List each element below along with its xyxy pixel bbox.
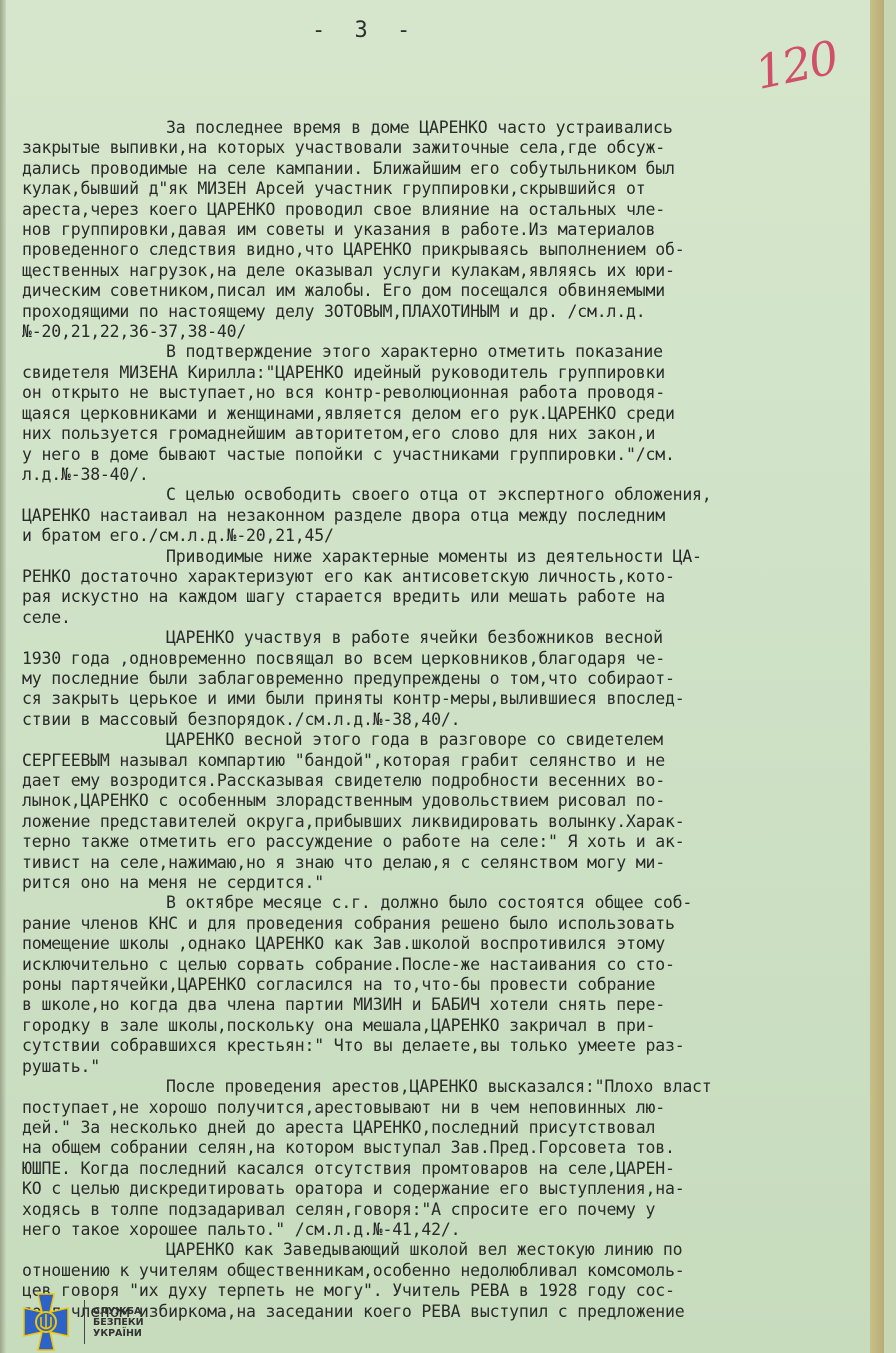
text-line: щественных нагрузок,на деле оказывал усл…	[22, 261, 848, 281]
paragraph: С целью освободить своего отца от экспер…	[22, 485, 848, 546]
text-line: ЦАРЕНКО весной этого года в разговоре со…	[22, 730, 848, 750]
paragraph: ЦАРЕНКО участвуя в работе ячейки безбожн…	[22, 628, 848, 730]
text-line: у него в доме бывают частые попойки с уч…	[22, 445, 848, 465]
page-edge-left	[0, 0, 6, 1353]
text-line: роны партячейки,ЦАРЕНКО согласился на то…	[22, 975, 848, 995]
page-edge-right	[870, 0, 884, 1353]
archive-sheet-number: 120	[750, 30, 841, 100]
text-line: лынок,ЦАРЕНКО с особенным злорадственным…	[22, 791, 848, 811]
text-line: КО с целью дискредитировать оратора и со…	[22, 1179, 848, 1199]
text-line: на общем собрании селян,на котором высту…	[22, 1138, 848, 1158]
text-line: них пользуется громаднейшим авторитетом,…	[22, 424, 848, 444]
text-line: дическим советником,писал им жалобы. Его…	[22, 281, 848, 301]
text-line: поступает,не хорошо получится,арестовыва…	[22, 1098, 848, 1118]
text-line: рая искустно на каждом шагу старается вр…	[22, 587, 848, 607]
text-line: СЕРГЕЕВЫМ называл компартию "бандой",кот…	[22, 751, 848, 771]
text-line: После проведения арестов,ЦАРЕНКО высказа…	[22, 1077, 848, 1097]
document-page: - 3 - 120 За последнее время в доме ЦАРЕ…	[0, 0, 884, 1353]
logo-line-1: СЛУЖБА	[93, 1306, 144, 1317]
text-line: цев говоря "их духу терпеть не могу". Уч…	[22, 1281, 848, 1301]
paragraph: ЦАРЕНКО весной этого года в разговоре со…	[22, 730, 848, 893]
sbu-logo-text: СЛУЖБА БЕЗПЕКИ УКРАЇНИ	[93, 1306, 144, 1339]
text-line: рушать."	[22, 1057, 848, 1077]
paragraph: После проведения арестов,ЦАРЕНКО высказа…	[22, 1077, 848, 1240]
text-line: ся закрыть церькое и ими были приняты ко…	[22, 689, 848, 709]
text-line: отношению к учителям общественникам,особ…	[22, 1261, 848, 1281]
text-line: в школе,но когда два члена партии МИЗИН …	[22, 995, 848, 1015]
text-line: 1930 года ,одновременно посвящал во всем…	[22, 649, 848, 669]
sbu-emblem-icon	[16, 1292, 76, 1352]
text-line: щаяся церковниками и женщинами,является …	[22, 404, 848, 424]
text-line: рится оно на меня не сердится."	[22, 873, 848, 893]
logo-line-2: БЕЗПЕКИ	[93, 1317, 144, 1328]
text-line: №-20,21,22,36-37,38-40/	[22, 322, 848, 342]
text-line: За последнее время в доме ЦАРЕНКО часто …	[22, 118, 848, 138]
text-line: В подтверждение этого характерно отметит…	[22, 342, 848, 362]
text-line: нов группировки,давая им советы и указан…	[22, 220, 848, 240]
text-line: дались проводимые на селе кампании. Ближ…	[22, 159, 848, 179]
text-line: городку в зале школы,поскольку она мешал…	[22, 1016, 848, 1036]
logo-divider	[84, 1300, 85, 1344]
sbu-watermark: СЛУЖБА БЕЗПЕКИ УКРАЇНИ	[16, 1292, 144, 1352]
text-line: закрытые выпивки,на которых участвовали …	[22, 138, 848, 158]
text-line: свидетеля МИЗЕНА Кирилла:"ЦАРЕНКО идейны…	[22, 363, 848, 383]
text-line: дей." За несколько дней до ареста ЦАРЕНК…	[22, 1118, 848, 1138]
text-line: Приводимые ниже характерные моменты из д…	[22, 547, 848, 567]
paragraph: Приводимые ниже характерные моменты из д…	[22, 547, 848, 629]
text-line: проходящими по настоящему делу ЗОТОВЫМ,П…	[22, 302, 848, 322]
paragraph: ЦАРЕНКО как Заведывающий школой вел жест…	[22, 1240, 848, 1322]
text-line: му последние были заблаговременно предуп…	[22, 669, 848, 689]
logo-line-3: УКРАЇНИ	[93, 1328, 144, 1339]
text-line: ствии в массовый безпорядок./см.л.д.№-38…	[22, 710, 848, 730]
text-line: терно также отметить его рассуждение о р…	[22, 832, 848, 852]
typewritten-body: За последнее время в доме ЦАРЕНКО часто …	[22, 118, 848, 1322]
text-line: рание членов КНС и для проведения собран…	[22, 914, 848, 934]
text-line: кулак,бывший д"як МИЗЕН Арсей участник г…	[22, 179, 848, 199]
text-line: проведенного следствия видно,что ЦАРЕНКО…	[22, 240, 848, 260]
text-line: л.д.№-38-40/.	[22, 465, 848, 485]
text-line: селе.	[22, 608, 848, 628]
text-line: РЕНКО достаточно характеризуют его как а…	[22, 567, 848, 587]
text-line: С целью освободить своего отца от экспер…	[22, 485, 848, 505]
text-line: ложение представителей округа,прибывших …	[22, 812, 848, 832]
text-line: помещение школы ,однако ЦАРЕНКО как Зав.…	[22, 934, 848, 954]
text-line: исключительно с целью сорвать собрание.П…	[22, 955, 848, 975]
text-line: и братом его./см.л.д.№-20,21,45/	[22, 526, 848, 546]
text-line: него такое хорошее пальто." /см.л.д.№-41…	[22, 1220, 848, 1240]
text-line: он открыто не выступает,но вся контр-рев…	[22, 383, 848, 403]
text-line: тоял членом избиркома,на заседании коего…	[22, 1302, 848, 1322]
text-line: ЦАРЕНКО как Заведывающий школой вел жест…	[22, 1240, 848, 1260]
paragraph: В октябре месяце с.г. должно было состоя…	[22, 893, 848, 1077]
paragraph: В подтверждение этого характерно отметит…	[22, 342, 848, 485]
text-line: В октябре месяце с.г. должно было состоя…	[22, 893, 848, 913]
text-line: ходясь в толпе подзадаривал селян,говоря…	[22, 1200, 848, 1220]
text-line: ЦАРЕНКО настаивал на незаконном разделе …	[22, 506, 848, 526]
text-line: дает ему возродится.Рассказывая свидетел…	[22, 771, 848, 791]
text-line: сутствии собравшихся крестьян:" Что вы д…	[22, 1036, 848, 1056]
paragraph: За последнее время в доме ЦАРЕНКО часто …	[22, 118, 848, 342]
text-line: тивист на селе,нажимаю,но я знаю что дел…	[22, 853, 848, 873]
page-number: - 3 -	[312, 18, 418, 43]
text-line: ЮШПЕ. Когда последний касался отсутствия…	[22, 1159, 848, 1179]
text-line: ЦАРЕНКО участвуя в работе ячейки безбожн…	[22, 628, 848, 648]
text-line: ареста,через коего ЦАРЕНКО проводил свое…	[22, 200, 848, 220]
